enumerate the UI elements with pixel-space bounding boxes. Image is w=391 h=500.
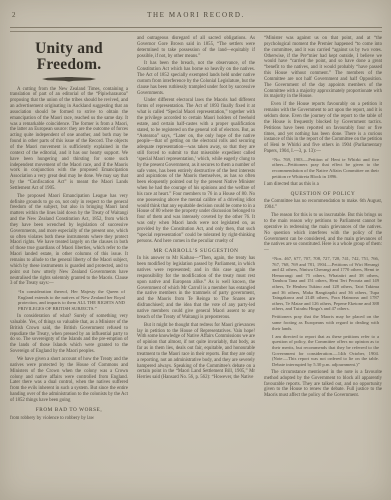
committee-report-quote: I am directed to report that as these pe… [272, 334, 379, 368]
paragraph: “Minister was against us on that point, … [264, 36, 382, 100]
paragraph: Under different electoral laws the Maori… [137, 98, 255, 244]
ornament-divider [42, 77, 96, 82]
paragraph: I am directed that as this is a [264, 182, 382, 188]
paragraph: The circumstance mentioned in the note i… [264, 370, 382, 399]
paragraph: and outrageous disregard of all sacred o… [137, 36, 255, 59]
paragraph: from robbery by violence to robbery by l… [10, 416, 128, 422]
petition-quote: “No. 769, 1903.—Petition of Heni te Whir… [272, 157, 379, 179]
petitioners-pray-quote: Petitioners pray that the Maoris may be … [272, 314, 379, 331]
paragraph: The proposed Maori Emancipation League h… [10, 194, 128, 288]
paragraph: A cutting from the New Zealand Times, co… [10, 87, 128, 192]
paragraph: the Committee has no recommendation to m… [264, 199, 382, 211]
subheading-mr-carrolls-suggestion: MR CARROLL'S SUGGESTION [137, 248, 255, 254]
paragraph: In his answer to Mr Kaihau—“Then, again,… [137, 256, 255, 320]
text-columns: Unity and Freedom. A cutting from the Ne… [10, 36, 382, 423]
scanned-page: 2 THE MAORI RECORD. Unity and Freedom. A… [0, 0, 391, 500]
header-rule [10, 27, 382, 32]
column-left: Unity and Freedom. A cutting from the Ne… [10, 36, 128, 423]
paragraph: In consideration of what? Surely of some… [10, 314, 128, 355]
paragraph: But it might be thought that redress for… [137, 323, 255, 381]
subheading-from-bad-to-worse: FROM BAD TO WORSE, [10, 407, 128, 413]
treaty-quote: “In consideration thereof, Her Majesty t… [18, 289, 125, 311]
page-header: 2 THE MAORI RECORD. [10, 11, 382, 23]
petitions-list-quote: “Nos. 467, 677, 707, 708, 727, 728, 741,… [272, 256, 379, 312]
column-right: “Minister was against us on that point, … [264, 36, 382, 423]
article-title: Unity and Freedom. [10, 41, 128, 74]
paragraph: It has been the breach, not the observan… [137, 61, 255, 96]
column-middle: and outrageous disregard of all sacred o… [137, 36, 255, 423]
subheading-question-of-policy: QUESTION OF POLICY [264, 191, 382, 197]
journal-masthead: THE MAORI RECORD. [10, 11, 382, 19]
paragraph: We have given a short account of how the… [10, 357, 128, 404]
paragraph: Even if the House reports favourably on … [264, 102, 382, 155]
paragraph: The reason for this is to us inscrutable… [264, 213, 382, 254]
